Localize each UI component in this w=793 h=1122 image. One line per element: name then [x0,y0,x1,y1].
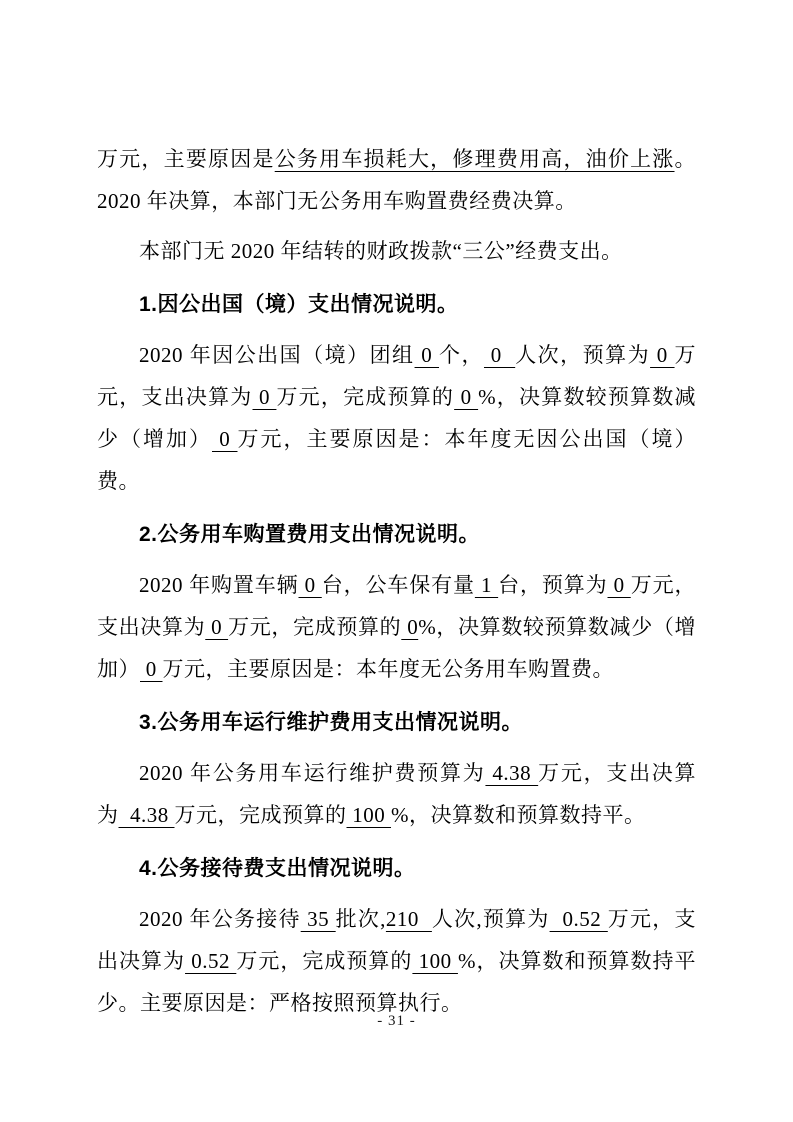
text-segment: 2020 年公务接待 [139,907,301,931]
underlined-value: 0 [415,343,439,367]
underlined-value: 1 [475,573,498,597]
heading-outbound-travel: 1.因公出国（境）支出情况说明。 [97,284,696,326]
text-segment: 万元，完成预算的 [228,615,401,639]
document-page: 万元，主要原因是公务用车损耗大，修理费用高，油价上涨。2020 年决算，本部门无… [0,0,793,1122]
text-segment: 个， [439,343,484,367]
text-segment: 万元，主要原因是 [97,147,275,171]
text-segment: 万元，完成预算的 [175,803,347,827]
page-footer: - 31 - [0,1013,793,1030]
vehicle-cost-reason-paragraph: 万元，主要原因是公务用车损耗大，修理费用高，油价上涨。2020 年决算，本部门无… [97,138,696,222]
heading-official-reception: 4.公务接待费支出情况说明。 [97,848,696,890]
underlined-value: 0 [205,615,228,639]
text-segment: 人次，预算为 [515,343,650,367]
official-reception-paragraph: 2020 年公务接待 35 批次,210 人次,预算为 0.52 万元，支出决算… [97,898,696,1024]
underlined-value: 210 [386,907,432,931]
outbound-travel-paragraph: 2020 年因公出国（境）团组 0 个， 0 人次，预算为 0 万元，支出决算为… [97,334,696,502]
underlined-value: 0 [454,385,478,409]
underlined-value: 0 [401,615,418,639]
heading-text: 3.公务用车运行维护费用支出情况说明。 [139,711,523,734]
text-segment: 万元，完成预算的 [276,385,454,409]
vehicle-purchase-paragraph: 2020 年购置车辆 0 台，公车保有量 1 台，预算为 0 万元，支出决算为 … [97,564,696,690]
underlined-value: 0 [299,573,322,597]
underlined-value: 0 [650,343,674,367]
text-segment: 2020 年因公出国（境）团组 [139,343,415,367]
underlined-value: 0 [253,385,277,409]
underlined-value: 4.38 [485,761,538,785]
underlined-value: 0 [140,657,163,681]
text-segment: %，决算数和预算数持平。 [391,803,646,827]
text-segment: 2020 年公务用车运行维护费预算为 [139,761,485,785]
underlined-value: 0.52 [550,907,608,931]
underlined-value: 100 [412,949,458,973]
underlined-value: 4.38 [119,803,175,827]
carryover-note-paragraph: 本部门无 2020 年结转的财政拨款“三公”经费支出。 [97,230,696,272]
underlined-value: 35 [301,907,336,931]
vehicle-maintenance-paragraph: 2020 年公务用车运行维护费预算为 4.38 万元，支出决算为 4.38 万元… [97,752,696,836]
heading-vehicle-maintenance: 3.公务用车运行维护费用支出情况说明。 [97,702,696,744]
text-segment: 本部门无 2020 年结转的财政拨款“三公”经费支出。 [139,239,623,263]
text-segment: 人次,预算为 [432,907,550,931]
text-segment: 万元，主要原因是：本年度无公务用车购置费。 [163,657,615,681]
page-content: 万元，主要原因是公务用车损耗大，修理费用高，油价上涨。2020 年决算，本部门无… [97,138,696,1024]
text-segment: 台，公车保有量 [322,573,475,597]
underlined-value: 100 [347,803,392,827]
heading-text: 2.公务用车购置费用支出情况说明。 [139,523,480,546]
underlined-value: 0 [212,427,238,451]
underlined-reason-text: 公务用车损耗大，修理费用高，油价上涨 [275,147,675,171]
heading-vehicle-purchase: 2.公务用车购置费用支出情况说明。 [97,514,696,556]
underlined-value: 0.52 [185,949,236,973]
page-number: - 31 - [377,1013,416,1029]
text-segment: 万元，完成预算的 [236,949,412,973]
heading-text: 4.公务接待费支出情况说明。 [139,857,416,880]
heading-text: 1.因公出国（境）支出情况说明。 [139,293,459,316]
text-segment: 批次, [336,907,386,931]
underlined-value: 0 [484,343,515,367]
underlined-value: 0 [608,573,631,597]
text-segment: 2020 年购置车辆 [139,573,299,597]
text-segment: 台，预算为 [498,573,607,597]
